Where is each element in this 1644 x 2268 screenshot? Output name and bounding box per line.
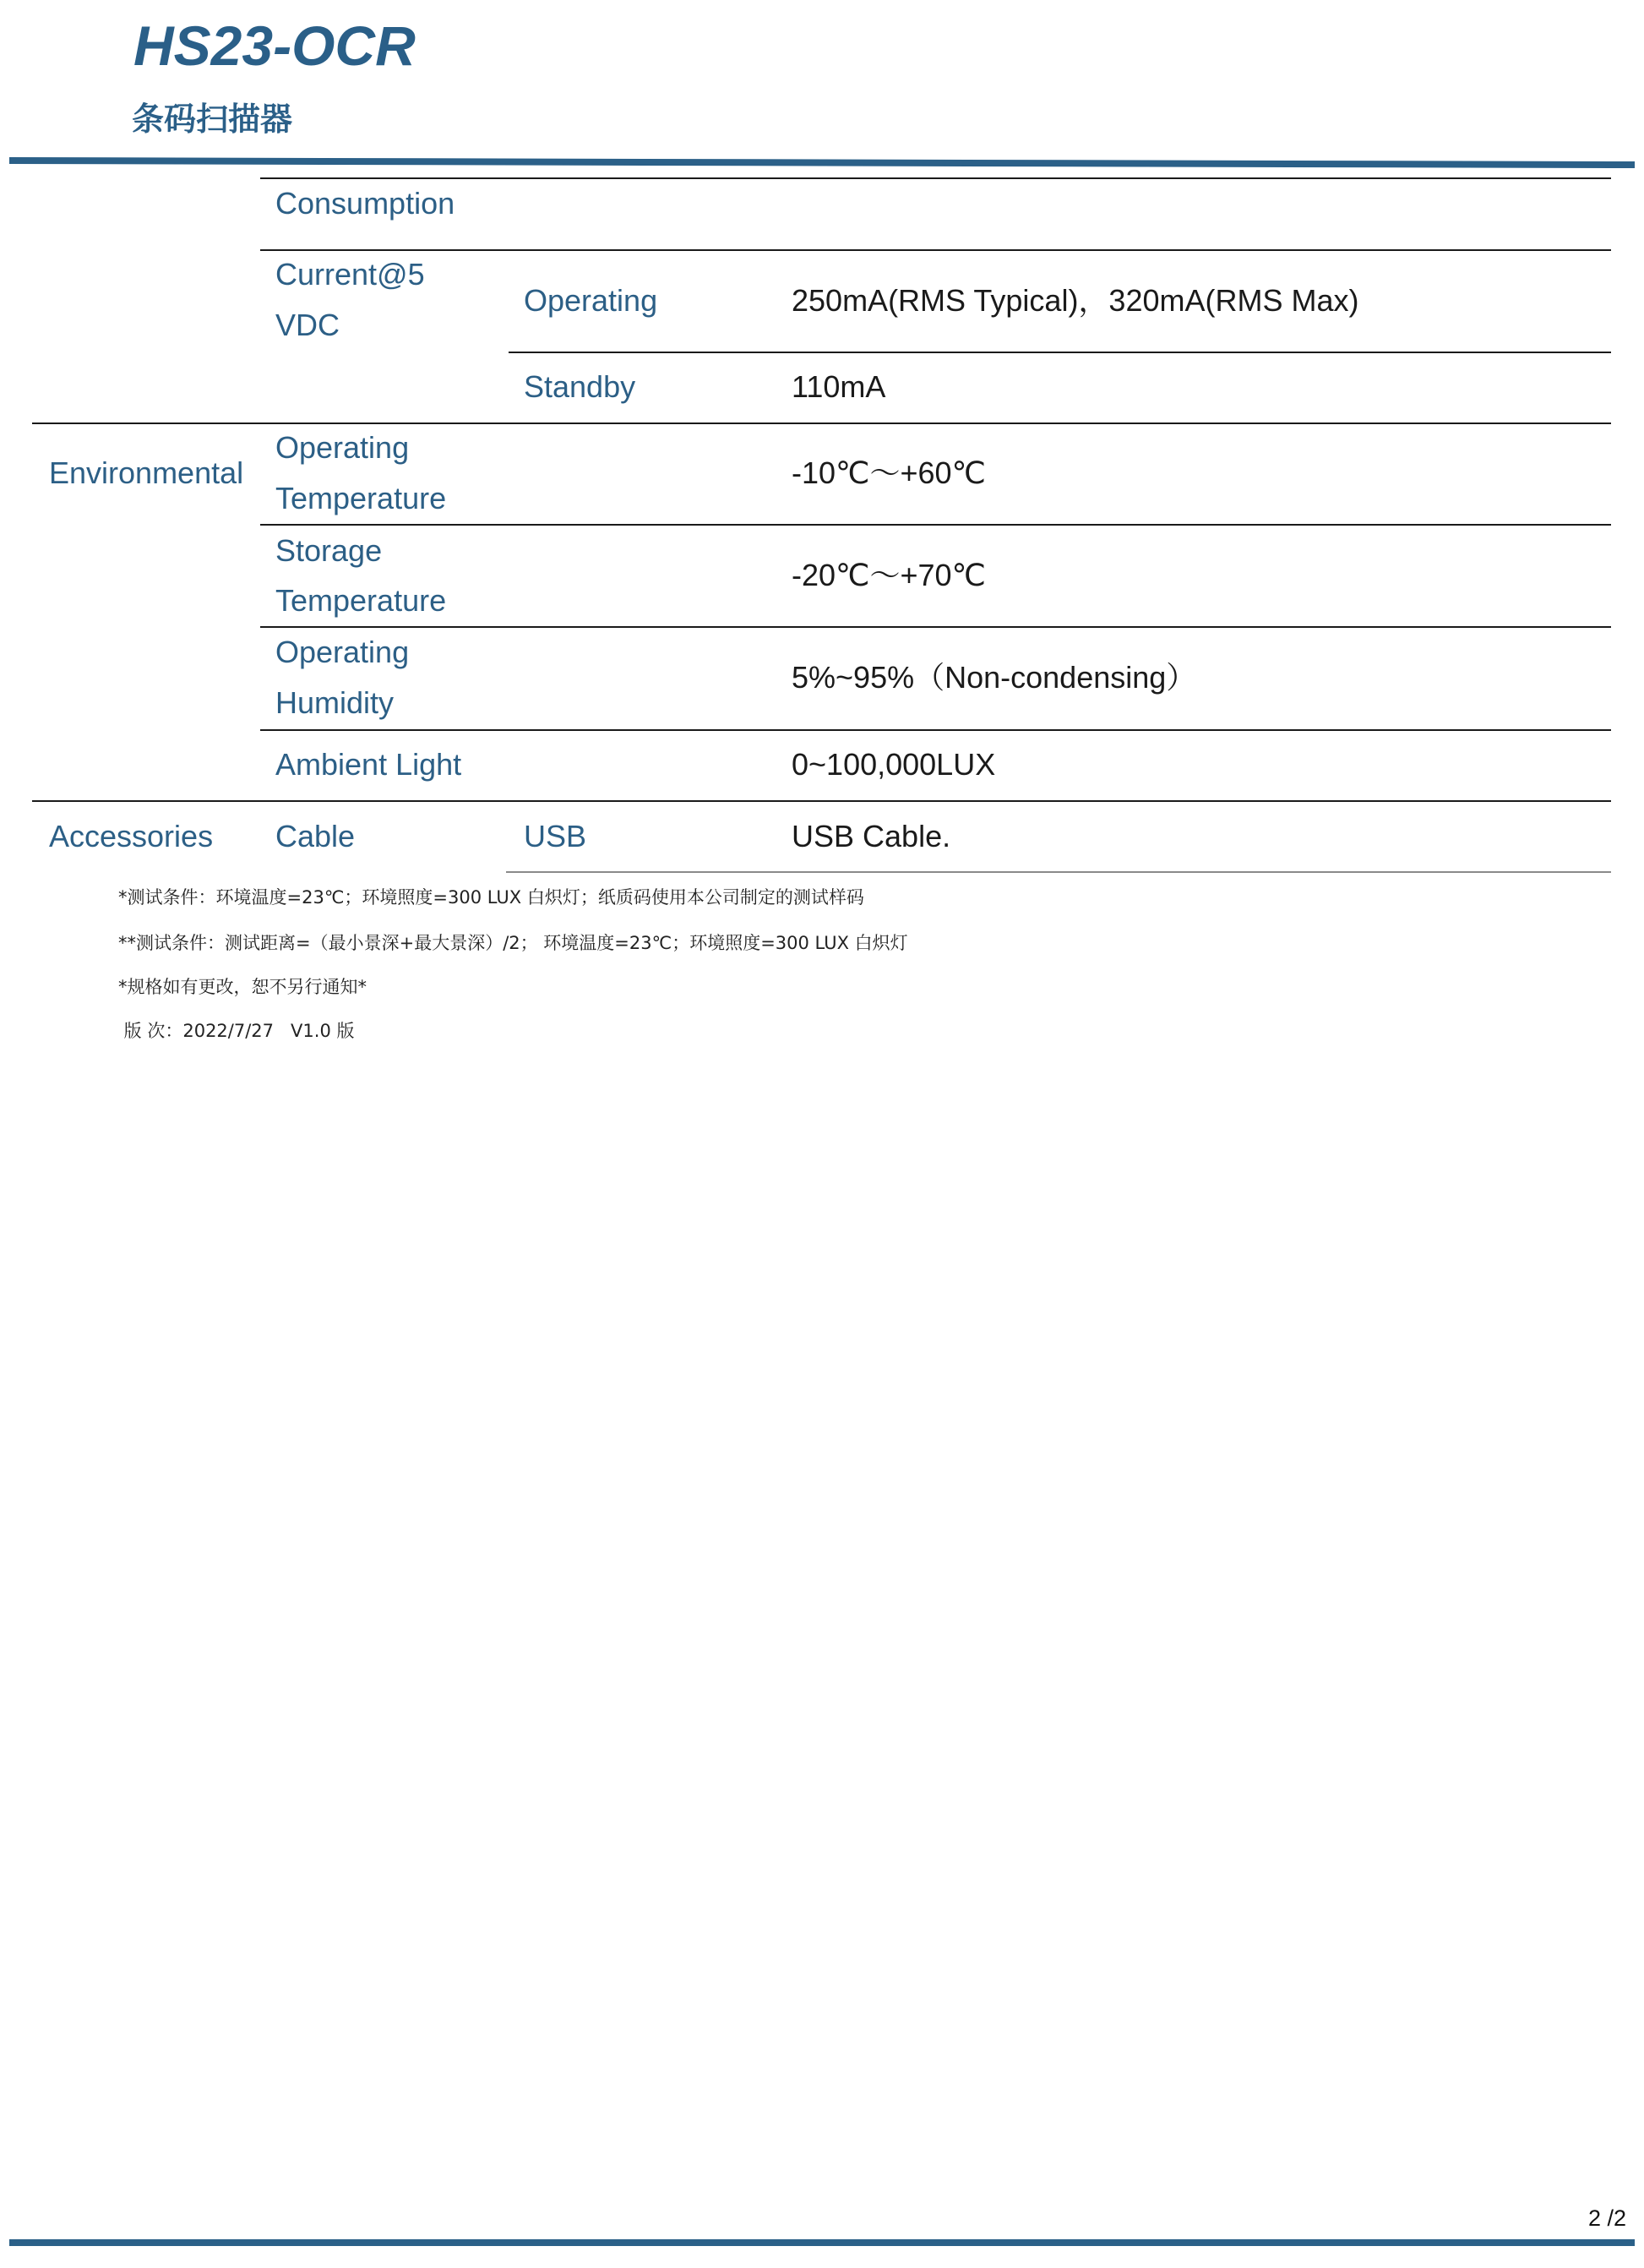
spec-item-line: VDC <box>275 301 340 350</box>
table-rule <box>260 249 1611 251</box>
footnote-spec-change: *规格如有更改，恕不另行通知* <box>118 975 367 999</box>
spec-item: Cable <box>275 812 355 861</box>
spec-value: USB Cable. <box>792 812 950 861</box>
spec-sub-item: Operating <box>524 276 657 325</box>
spec-item: Consumption <box>275 179 455 228</box>
spec-item-line: Operating <box>275 423 409 472</box>
spec-sub-item: USB <box>524 812 586 861</box>
header-divider <box>9 157 1635 168</box>
spec-item: Ambient Light <box>275 740 461 789</box>
footnote-test-conditions: *测试条件：环境温度=23℃；环境照度=300 LUX 白炽灯；纸质码使用本公司… <box>118 886 864 909</box>
table-rule <box>260 177 1611 179</box>
spec-item-line: Storage <box>275 526 382 575</box>
spec-value: 110mA <box>792 363 885 412</box>
table-rule <box>32 800 1611 802</box>
version-info: 版 次：2022/7/27 V1.0 版 <box>118 1019 355 1043</box>
spec-sub-item: Standby <box>524 363 635 412</box>
spec-item-line: Temperature <box>275 576 446 625</box>
spec-value: -20℃～+70℃ <box>792 551 986 600</box>
product-title: HS23-OCR <box>133 12 416 79</box>
product-subtitle: 条码扫描器 <box>132 98 292 140</box>
table-rule <box>509 352 1611 353</box>
footnote-test-distance: **测试条件：测试距离=（最小景深+最大景深）/2； 环境温度=23℃；环境照度… <box>118 931 908 955</box>
spec-value: 5%~95%（Non-condensing） <box>792 653 1196 702</box>
spec-category: Environmental <box>49 449 243 498</box>
spec-item-line: Humidity <box>275 679 394 728</box>
page-number: 2 /2 <box>1588 2205 1626 2232</box>
spec-value: -10℃～+60℃ <box>792 449 986 498</box>
table-rule <box>260 626 1611 628</box>
table-rule <box>506 871 1611 873</box>
spec-category: Accessories <box>49 812 213 861</box>
table-rule <box>32 423 1611 424</box>
spec-value: 250mA(RMS Typical)，320mA(RMS Max) <box>792 276 1358 325</box>
table-rule <box>260 729 1611 731</box>
spec-item-line: Operating <box>275 628 409 677</box>
spec-item-line: Temperature <box>275 474 446 523</box>
table-rule <box>260 524 1611 526</box>
spec-item-line: Current@5 <box>275 250 425 299</box>
spec-value: 0~100,000LUX <box>792 740 995 789</box>
footer-divider <box>9 2239 1635 2246</box>
